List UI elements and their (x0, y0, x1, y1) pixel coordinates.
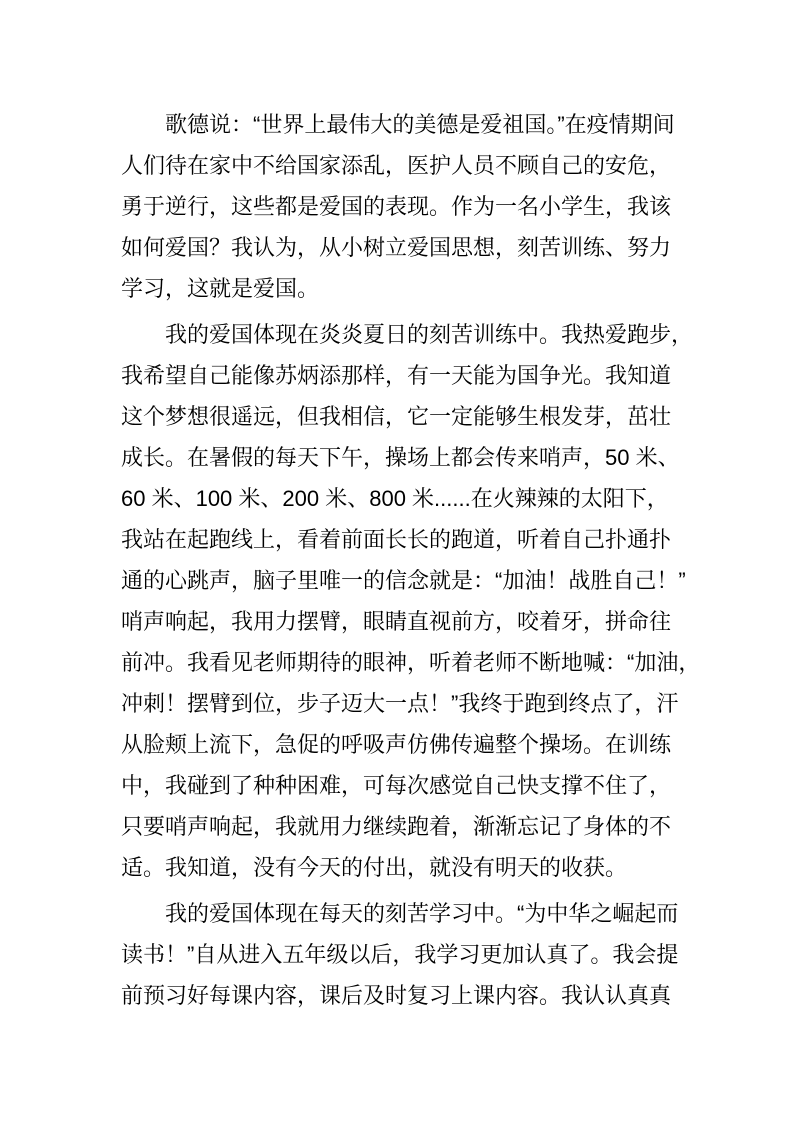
text-line: 勇于逆行，这些都是爱国的表现。作为一名小学生，我该 (121, 186, 675, 227)
essay-paragraph-training: 我的爱国体现在炎炎夏日的刻苦训练中。我热爱跑步， 我希望自己能像苏炳添那样，有一… (121, 314, 675, 888)
text-line: 学习，这就是爱国。 (121, 268, 675, 309)
text-line: 歌德说：“世界上最伟大的美德是爱祖国。”在疫情期间 (121, 104, 675, 145)
text-line: 冲刺！摆臂到位，步子迈大一点！”我终于跑到终点了，汗 (121, 683, 675, 724)
essay-paragraph-study: 我的爱国体现在每天的刻苦学习中。“为中华之崛起而 读书！”自从进入五年级以后，我… (121, 893, 675, 1016)
text-line: 如何爱国？我认为，从小树立爱国思想，刻苦训练、努力 (121, 227, 675, 268)
text-line: 这个梦想很遥远，但我相信，它一定能够生根发芽，茁壮 (121, 396, 675, 437)
text-line: 人们待在家中不给国家添乱，医护人员不顾自己的安危， (121, 145, 675, 186)
text-line: 前预习好每课内容，课后及时复习上课内容。我认认真真 (121, 975, 675, 1016)
text-line: 我希望自己能像苏炳添那样，有一天能为国争光。我知道 (121, 355, 675, 396)
text-line: 哨声响起，我用力摆臂，眼睛直视前方，咬着牙，拼命往 (121, 601, 675, 642)
text-line: 适。我知道，没有今天的付出，就没有明天的收获。 (121, 847, 675, 888)
text-line: 我的爱国体现在每天的刻苦学习中。“为中华之崛起而 (121, 893, 675, 934)
text-line: 从脸颊上流下，急促的呼吸声仿佛传遍整个操场。在训练 (121, 724, 675, 765)
text-line: 只要哨声响起，我就用力继续跑着，渐渐忘记了身体的不 (121, 806, 675, 847)
essay-paragraph-intro: 歌德说：“世界上最伟大的美德是爱祖国。”在疫情期间 人们待在家中不给国家添乱，医… (121, 104, 675, 309)
text-line: 通的心跳声，脑子里唯一的信念就是：“加油！战胜自己！” (121, 560, 675, 601)
text-line: 读书！”自从进入五年级以后，我学习更加认真了。我会提 (121, 934, 675, 975)
text-line: 我的爱国体现在炎炎夏日的刻苦训练中。我热爱跑步， (121, 314, 675, 355)
text-line: 成长。在暑假的每天下午，操场上都会传来哨声，50 米、 (121, 437, 675, 478)
text-line: 前冲。我看见老师期待的眼神，听着老师不断地喊：“加油， (121, 642, 675, 683)
text-line: 中，我碰到了种种困难，可每次感觉自己快支撑不住了， (121, 765, 675, 806)
document-page: 歌德说：“世界上最伟大的美德是爱祖国。”在疫情期间 人们待在家中不给国家添乱，医… (0, 0, 793, 1122)
text-line: 60 米、100 米、200 米、800 米......在火辣辣的太阳下， (121, 478, 675, 519)
text-line: 我站在起跑线上，看着前面长长的跑道，听着自己扑通扑 (121, 519, 675, 560)
